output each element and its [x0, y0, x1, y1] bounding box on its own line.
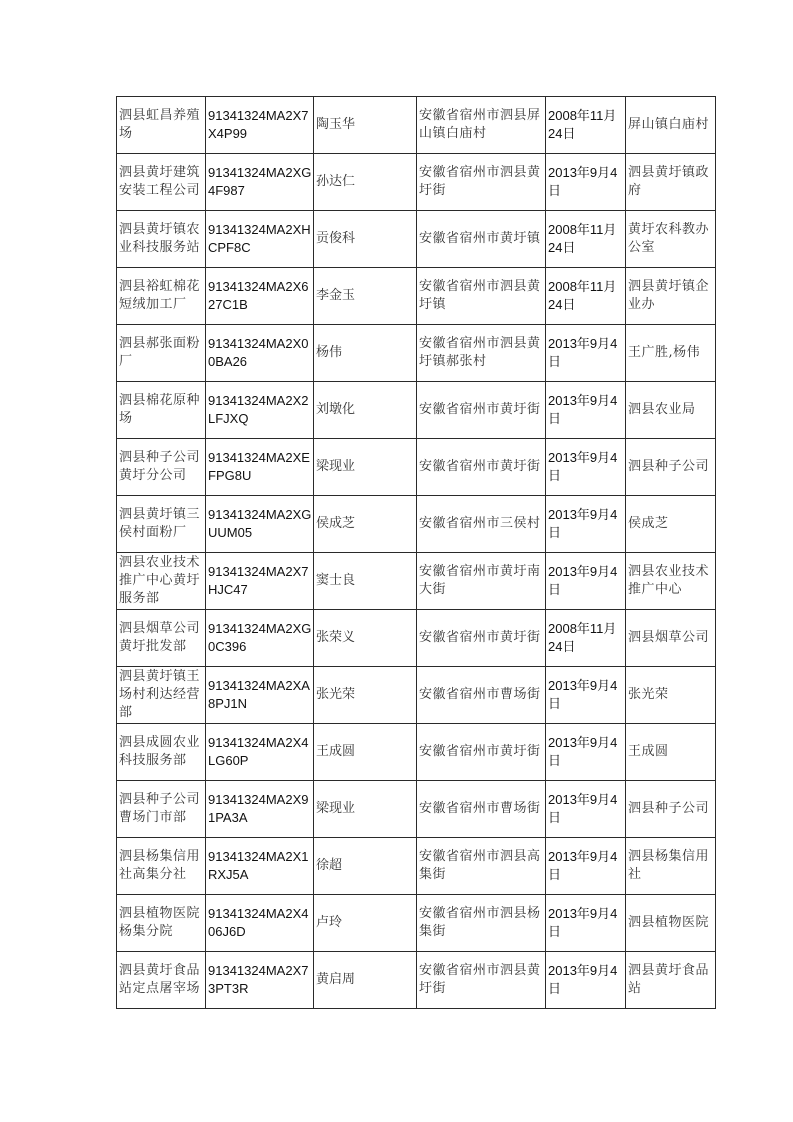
authority-cell: 泗县植物医院	[626, 895, 716, 952]
credit-code-line2: 4F987	[208, 182, 312, 200]
authority-cell: 王广胜,杨伟	[626, 325, 716, 382]
credit-code-line1: 91341324MA2XA	[208, 677, 312, 695]
date-cell: 2008年11月24日	[546, 610, 626, 667]
date-line2: 日	[548, 866, 624, 884]
date-line1: 2013年9月4	[548, 848, 624, 866]
date-line1: 2008年11月	[548, 278, 624, 296]
table-row: 泗县黄圩镇王场村利达经营部91341324MA2XA8PJ1N张光荣安徽省宿州市…	[117, 667, 716, 724]
credit-code-line1: 91341324MA2X6	[208, 278, 312, 296]
table-row: 泗县种子公司黄圩分公司91341324MA2XEFPG8U梁现业安徽省宿州市黄圩…	[117, 439, 716, 496]
date-cell: 2013年9月4日	[546, 667, 626, 724]
credit-code-line2: 8PJ1N	[208, 695, 312, 713]
credit-code-cell: 91341324MA2X1RXJ5A	[206, 838, 314, 895]
legal-person-cell: 黄启周	[314, 952, 417, 1009]
address-cell: 安徽省宿州市黄圩街	[417, 382, 546, 439]
legal-person-cell: 梁现业	[314, 439, 417, 496]
entity-name-cell: 泗县虹昌养殖场	[117, 97, 206, 154]
date-cell: 2013年9月4日	[546, 724, 626, 781]
entity-name-cell: 泗县裕虹棉花短绒加工厂	[117, 268, 206, 325]
credit-code-cell: 91341324MA2XHCPF8C	[206, 211, 314, 268]
date-line1: 2013年9月4	[548, 677, 624, 695]
entity-name-cell: 泗县种子公司黄圩分公司	[117, 439, 206, 496]
credit-code-line1: 91341324MA2XE	[208, 449, 312, 467]
credit-code-cell: 91341324MA2X7HJC47	[206, 553, 314, 610]
legal-person-cell: 贡俊科	[314, 211, 417, 268]
authority-cell: 王成圆	[626, 724, 716, 781]
date-cell: 2013年9月4日	[546, 952, 626, 1009]
credit-code-cell: 91341324MA2X7X4P99	[206, 97, 314, 154]
authority-cell: 泗县农业技术推广中心	[626, 553, 716, 610]
legal-person-cell: 王成圆	[314, 724, 417, 781]
date-cell: 2013年9月4日	[546, 154, 626, 211]
credit-code-line2: 0BA26	[208, 353, 312, 371]
date-cell: 2008年11月24日	[546, 97, 626, 154]
address-cell: 安徽省宿州市泗县屏山镇白庙村	[417, 97, 546, 154]
legal-person-cell: 李金玉	[314, 268, 417, 325]
credit-code-line2: 06J6D	[208, 923, 312, 941]
legal-person-cell: 徐超	[314, 838, 417, 895]
date-line2: 日	[548, 581, 624, 599]
date-line2: 日	[548, 923, 624, 941]
address-cell: 安徽省宿州市泗县黄圩街	[417, 952, 546, 1009]
entity-name-cell: 泗县棉花原种场	[117, 382, 206, 439]
legal-person-cell: 卢玲	[314, 895, 417, 952]
date-line1: 2013年9月4	[548, 449, 624, 467]
credit-code-line1: 91341324MA2X4	[208, 734, 312, 752]
date-line1: 2013年9月4	[548, 791, 624, 809]
credit-code-cell: 91341324MA2XA8PJ1N	[206, 667, 314, 724]
credit-code-line1: 91341324MA2X7	[208, 563, 312, 581]
legal-person-cell: 孙达仁	[314, 154, 417, 211]
date-line1: 2008年11月	[548, 221, 624, 239]
date-line1: 2008年11月	[548, 107, 624, 125]
legal-person-cell: 陶玉华	[314, 97, 417, 154]
authority-cell: 泗县烟草公司	[626, 610, 716, 667]
registry-table-body: 泗县虹昌养殖场91341324MA2X7X4P99陶玉华安徽省宿州市泗县屏山镇白…	[117, 97, 716, 1009]
credit-code-line2: UUM05	[208, 524, 312, 542]
legal-person-cell: 刘墩化	[314, 382, 417, 439]
address-cell: 安徽省宿州市黄圩街	[417, 610, 546, 667]
credit-code-cell: 91341324MA2X73PT3R	[206, 952, 314, 1009]
date-line1: 2013年9月4	[548, 335, 624, 353]
authority-cell: 泗县黄圩食品站	[626, 952, 716, 1009]
table-row: 泗县杨集信用社高集分社91341324MA2X1RXJ5A徐超安徽省宿州市泗县高…	[117, 838, 716, 895]
date-line2: 日	[548, 353, 624, 371]
date-line2: 日	[548, 980, 624, 998]
date-cell: 2013年9月4日	[546, 781, 626, 838]
table-row: 泗县郝张面粉厂91341324MA2X00BA26杨伟安徽省宿州市泗县黄圩镇郝张…	[117, 325, 716, 382]
legal-person-cell: 侯成芝	[314, 496, 417, 553]
date-line2: 日	[548, 182, 624, 200]
date-cell: 2013年9月4日	[546, 439, 626, 496]
credit-code-line2: 3PT3R	[208, 980, 312, 998]
date-cell: 2008年11月24日	[546, 211, 626, 268]
credit-code-cell: 91341324MA2XGUUM05	[206, 496, 314, 553]
authority-cell: 泗县黄圩镇企业办	[626, 268, 716, 325]
entity-name-cell: 泗县成圆农业科技服务部	[117, 724, 206, 781]
credit-code-cell: 91341324MA2XG0C396	[206, 610, 314, 667]
table-row: 泗县裕虹棉花短绒加工厂91341324MA2X627C1B李金玉安徽省宿州市泗县…	[117, 268, 716, 325]
credit-code-line2: 0C396	[208, 638, 312, 656]
date-line2: 日	[548, 467, 624, 485]
entity-name-cell: 泗县烟草公司黄圩批发部	[117, 610, 206, 667]
date-cell: 2013年9月4日	[546, 895, 626, 952]
credit-code-cell: 91341324MA2X2LFJXQ	[206, 382, 314, 439]
credit-code-line2: HJC47	[208, 581, 312, 599]
table-row: 泗县植物医院杨集分院91341324MA2X406J6D卢玲安徽省宿州市泗县杨集…	[117, 895, 716, 952]
table-row: 泗县烟草公司黄圩批发部91341324MA2XG0C396张荣义安徽省宿州市黄圩…	[117, 610, 716, 667]
credit-code-cell: 91341324MA2XEFPG8U	[206, 439, 314, 496]
entity-name-cell: 泗县植物医院杨集分院	[117, 895, 206, 952]
date-line2: 24日	[548, 296, 624, 314]
date-line2: 日	[548, 809, 624, 827]
entity-name-cell: 泗县黄圩镇农业科技服务站	[117, 211, 206, 268]
entity-name-cell: 泗县黄圩镇三侯村面粉厂	[117, 496, 206, 553]
entity-name-cell: 泗县黄圩食品站定点屠宰场	[117, 952, 206, 1009]
legal-person-cell: 张荣义	[314, 610, 417, 667]
date-line1: 2013年9月4	[548, 734, 624, 752]
date-line1: 2013年9月4	[548, 506, 624, 524]
credit-code-cell: 91341324MA2X00BA26	[206, 325, 314, 382]
date-line1: 2013年9月4	[548, 563, 624, 581]
date-line2: 日	[548, 752, 624, 770]
credit-code-line1: 91341324MA2XG	[208, 620, 312, 638]
authority-cell: 黄圩农科教办公室	[626, 211, 716, 268]
authority-cell: 泗县农业局	[626, 382, 716, 439]
legal-person-cell: 张光荣	[314, 667, 417, 724]
credit-code-cell: 91341324MA2X4LG60P	[206, 724, 314, 781]
credit-code-line1: 91341324MA2X4	[208, 905, 312, 923]
date-cell: 2013年9月4日	[546, 496, 626, 553]
address-cell: 安徽省宿州市泗县杨集街	[417, 895, 546, 952]
date-line2: 24日	[548, 125, 624, 143]
table-row: 泗县黄圩镇农业科技服务站91341324MA2XHCPF8C贡俊科安徽省宿州市黄…	[117, 211, 716, 268]
entity-name-cell: 泗县种子公司曹场门市部	[117, 781, 206, 838]
address-cell: 安徽省宿州市黄圩街	[417, 439, 546, 496]
date-line1: 2013年9月4	[548, 392, 624, 410]
authority-cell: 屏山镇白庙村	[626, 97, 716, 154]
entity-name-cell: 泗县农业技术推广中心黄圩服务部	[117, 553, 206, 610]
address-cell: 安徽省宿州市泗县高集街	[417, 838, 546, 895]
date-line1: 2013年9月4	[548, 905, 624, 923]
address-cell: 安徽省宿州市曹场街	[417, 781, 546, 838]
address-cell: 安徽省宿州市黄圩镇	[417, 211, 546, 268]
credit-code-line1: 91341324MA2X9	[208, 791, 312, 809]
date-line2: 日	[548, 695, 624, 713]
entity-name-cell: 泗县杨集信用社高集分社	[117, 838, 206, 895]
document-page: 泗县虹昌养殖场91341324MA2X7X4P99陶玉华安徽省宿州市泗县屏山镇白…	[0, 0, 793, 1122]
entity-name-cell: 泗县黄圩建筑安装工程公司	[117, 154, 206, 211]
address-cell: 安徽省宿州市黄圩南大街	[417, 553, 546, 610]
credit-code-line2: RXJ5A	[208, 866, 312, 884]
authority-cell: 泗县种子公司	[626, 439, 716, 496]
credit-code-line1: 91341324MA2XH	[208, 221, 312, 239]
credit-code-line1: 91341324MA2XG	[208, 506, 312, 524]
table-row: 泗县棉花原种场91341324MA2X2LFJXQ刘墩化安徽省宿州市黄圩街201…	[117, 382, 716, 439]
credit-code-line1: 91341324MA2X2	[208, 392, 312, 410]
credit-code-line1: 91341324MA2XG	[208, 164, 312, 182]
credit-code-line1: 91341324MA2X7	[208, 962, 312, 980]
authority-cell: 侯成芝	[626, 496, 716, 553]
date-line2: 24日	[548, 239, 624, 257]
credit-code-line1: 91341324MA2X7	[208, 107, 312, 125]
credit-code-line2: 1PA3A	[208, 809, 312, 827]
credit-code-line2: FPG8U	[208, 467, 312, 485]
credit-code-line2: X4P99	[208, 125, 312, 143]
credit-code-line2: LG60P	[208, 752, 312, 770]
legal-person-cell: 杨伟	[314, 325, 417, 382]
address-cell: 安徽省宿州市泗县黄圩镇郝张村	[417, 325, 546, 382]
address-cell: 安徽省宿州市泗县黄圩镇	[417, 268, 546, 325]
date-line1: 2008年11月	[548, 620, 624, 638]
credit-code-line2: LFJXQ	[208, 410, 312, 428]
table-row: 泗县种子公司曹场门市部91341324MA2X91PA3A梁现业安徽省宿州市曹场…	[117, 781, 716, 838]
date-line2: 24日	[548, 638, 624, 656]
authority-cell: 张光荣	[626, 667, 716, 724]
authority-cell: 泗县杨集信用社	[626, 838, 716, 895]
table-row: 泗县黄圩食品站定点屠宰场91341324MA2X73PT3R黄启周安徽省宿州市泗…	[117, 952, 716, 1009]
table-row: 泗县成圆农业科技服务部91341324MA2X4LG60P王成圆安徽省宿州市黄圩…	[117, 724, 716, 781]
date-line1: 2013年9月4	[548, 962, 624, 980]
credit-code-cell: 91341324MA2X91PA3A	[206, 781, 314, 838]
date-line2: 日	[548, 524, 624, 542]
legal-person-cell: 梁现业	[314, 781, 417, 838]
date-line2: 日	[548, 410, 624, 428]
table-row: 泗县虹昌养殖场91341324MA2X7X4P99陶玉华安徽省宿州市泗县屏山镇白…	[117, 97, 716, 154]
date-line1: 2013年9月4	[548, 164, 624, 182]
address-cell: 安徽省宿州市黄圩街	[417, 724, 546, 781]
address-cell: 安徽省宿州市曹场街	[417, 667, 546, 724]
credit-code-cell: 91341324MA2X627C1B	[206, 268, 314, 325]
entity-name-cell: 泗县黄圩镇王场村利达经营部	[117, 667, 206, 724]
credit-code-cell: 91341324MA2XG4F987	[206, 154, 314, 211]
date-cell: 2013年9月4日	[546, 553, 626, 610]
authority-cell: 泗县黄圩镇政府	[626, 154, 716, 211]
table-row: 泗县农业技术推广中心黄圩服务部91341324MA2X7HJC47窦士良安徽省宿…	[117, 553, 716, 610]
credit-code-line2: CPF8C	[208, 239, 312, 257]
table-row: 泗县黄圩镇三侯村面粉厂91341324MA2XGUUM05侯成芝安徽省宿州市三侯…	[117, 496, 716, 553]
credit-code-cell: 91341324MA2X406J6D	[206, 895, 314, 952]
address-cell: 安徽省宿州市三侯村	[417, 496, 546, 553]
date-cell: 2013年9月4日	[546, 382, 626, 439]
entity-name-cell: 泗县郝张面粉厂	[117, 325, 206, 382]
credit-code-line1: 91341324MA2X0	[208, 335, 312, 353]
date-cell: 2013年9月4日	[546, 838, 626, 895]
address-cell: 安徽省宿州市泗县黄圩街	[417, 154, 546, 211]
date-cell: 2008年11月24日	[546, 268, 626, 325]
credit-code-line1: 91341324MA2X1	[208, 848, 312, 866]
authority-cell: 泗县种子公司	[626, 781, 716, 838]
credit-code-line2: 27C1B	[208, 296, 312, 314]
table-row: 泗县黄圩建筑安装工程公司91341324MA2XG4F987孙达仁安徽省宿州市泗…	[117, 154, 716, 211]
date-cell: 2013年9月4日	[546, 325, 626, 382]
legal-person-cell: 窦士良	[314, 553, 417, 610]
registry-table: 泗县虹昌养殖场91341324MA2X7X4P99陶玉华安徽省宿州市泗县屏山镇白…	[116, 96, 716, 1009]
